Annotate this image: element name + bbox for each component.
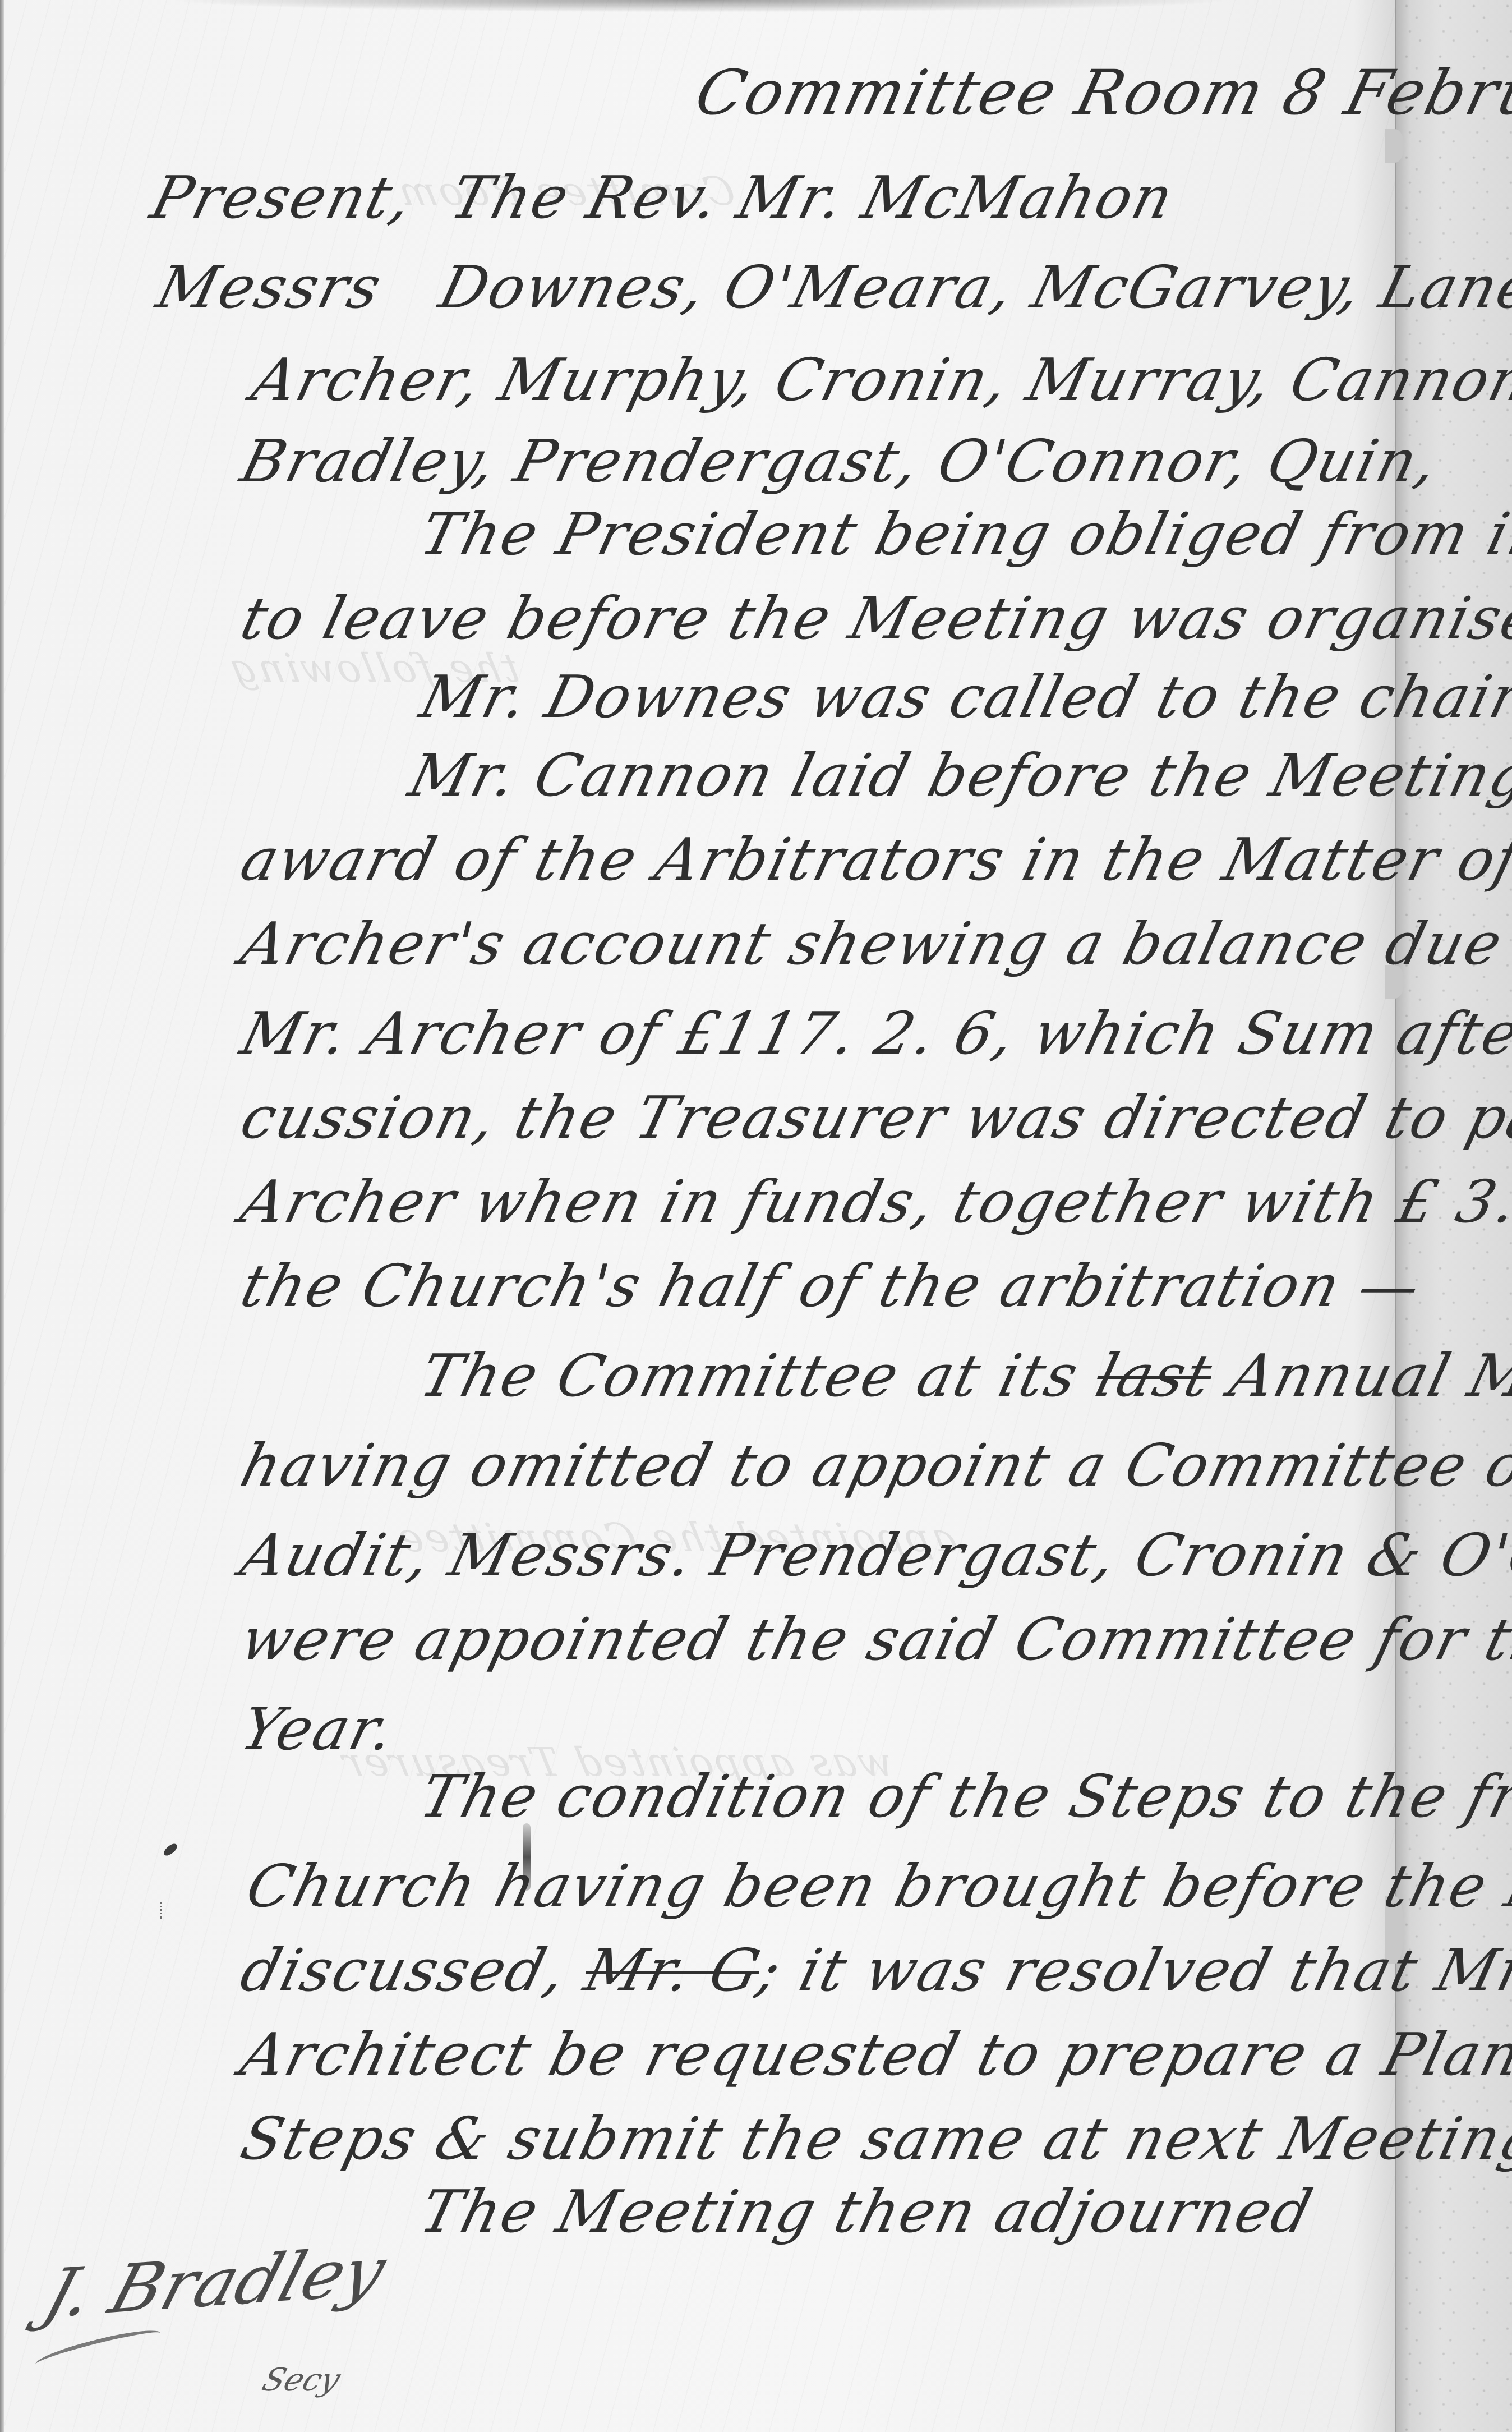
minutes-line: Mr. Cannon laid before the Meeting the: [404, 746, 1512, 804]
members-line: Messrs Downes, O'Meara, McGarvey, Lane: [151, 258, 1512, 316]
minutes-line: Archer when in funds, together with £ 3.…: [236, 1173, 1512, 1231]
minutes-line: Steps & submit the same at next Meeting …: [236, 2109, 1512, 2168]
page-left-edge: [0, 0, 4, 2432]
present-line: Present, The Rev. Mr. McMahon: [146, 168, 1180, 227]
page-tear: [1385, 129, 1404, 163]
minutes-line: to leave before the Meeting was organise…: [236, 589, 1512, 647]
scanned-manuscript-page: Comittee Room the following appointed th…: [0, 0, 1512, 2432]
book-top-shadow: [168, 0, 1234, 12]
ink-smudge: [523, 1823, 531, 1891]
minutes-line: The condition of the Steps to the front …: [415, 1767, 1512, 1826]
secretary-title: Secy: [257, 2362, 345, 2398]
minutes-line: Mr. Archer of £117. 2. 6, which Sum afte…: [236, 1004, 1512, 1063]
minutes-line: Archer's account shewing a balance due: [236, 914, 1509, 973]
minutes-line: having omitted to appoint a Committee of: [236, 1436, 1512, 1495]
margin-mark: [160, 1902, 170, 1919]
minutes-line: Audit, Messrs. Prendergast, Cronin & O'C…: [236, 1526, 1512, 1584]
members-line: Bradley, Prendergast, O'Connor, Quin,: [236, 432, 1445, 490]
minutes-line: award of the Arbitrators in the Matter o…: [236, 830, 1512, 889]
members-label: Messrs: [150, 253, 389, 321]
present-chair: The Rev. Mr. McMahon: [444, 163, 1181, 232]
struck-word: last: [1089, 1341, 1220, 1410]
members-names: Downes, O'Meara, McGarvey, Lane: [433, 253, 1512, 321]
minutes-line: the Church's half of the arbitration —: [236, 1257, 1427, 1315]
minutes-line: Architect be requested to prepare a Plan…: [236, 2025, 1512, 2084]
minutes-line: cussion, the Treasurer was directed to p…: [236, 1088, 1512, 1147]
present-label: Present: [145, 163, 400, 232]
minutes-line: were appointed the said Committee for th…: [236, 1610, 1512, 1668]
minutes-line: Year.: [236, 1700, 401, 1758]
members-line: Archer, Murphy, Cronin, Murray, Cannon: [247, 351, 1512, 409]
adjournment-line: The Meeting then adjourned: [415, 2182, 1319, 2241]
minutes-line: The President being obliged from indispo…: [415, 505, 1512, 563]
minutes-line: Church having been brought before the Me…: [241, 1857, 1512, 1915]
minutes-line: Mr. Downes was called to the chair —: [415, 668, 1512, 726]
minutes-line: discussed, Mr. G; it was resolved that M…: [236, 1941, 1512, 1999]
struck-word: Mr. G: [578, 1936, 768, 2005]
minutes-line: The Committee at its last Annual Meeting: [415, 1346, 1512, 1405]
minutes-heading: Committee Room 8 February 1847: [690, 62, 1512, 123]
